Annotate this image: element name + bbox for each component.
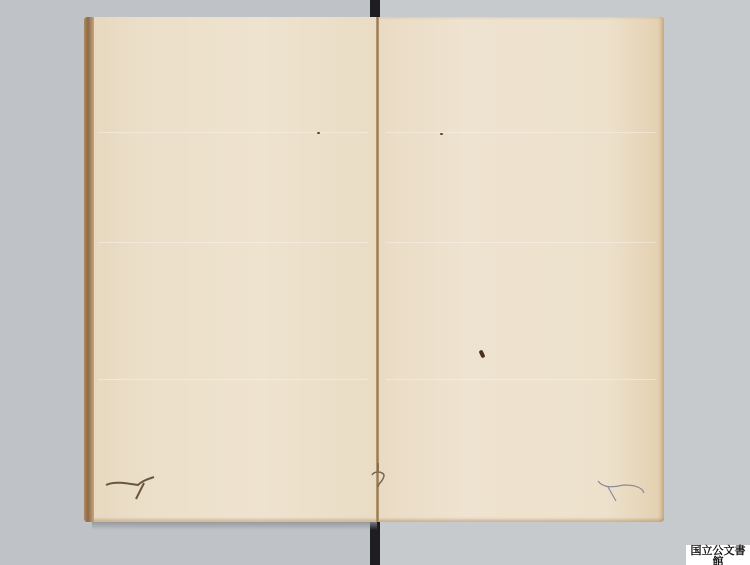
paper-speck — [317, 132, 320, 134]
watermark-title: 国立公文書館 — [686, 546, 750, 565]
paper-crease — [386, 379, 656, 380]
book-edge-left — [84, 17, 94, 522]
book-gutter — [376, 17, 379, 522]
wormhole-damage — [594, 477, 650, 507]
paper-crease — [386, 132, 656, 133]
right-page — [378, 17, 664, 522]
binding-thread-damage — [366, 461, 390, 491]
paper-crease — [98, 132, 368, 133]
paper-crease — [386, 242, 656, 243]
archive-watermark: 国立公文書館 National Archives of Japan — [686, 545, 750, 565]
left-page — [84, 17, 378, 522]
open-book — [84, 15, 670, 524]
paper-speck — [440, 133, 443, 135]
ink-stain — [478, 350, 485, 359]
paper-crease — [98, 379, 368, 380]
paper-crease — [98, 242, 368, 243]
wormhole-damage — [104, 475, 164, 505]
